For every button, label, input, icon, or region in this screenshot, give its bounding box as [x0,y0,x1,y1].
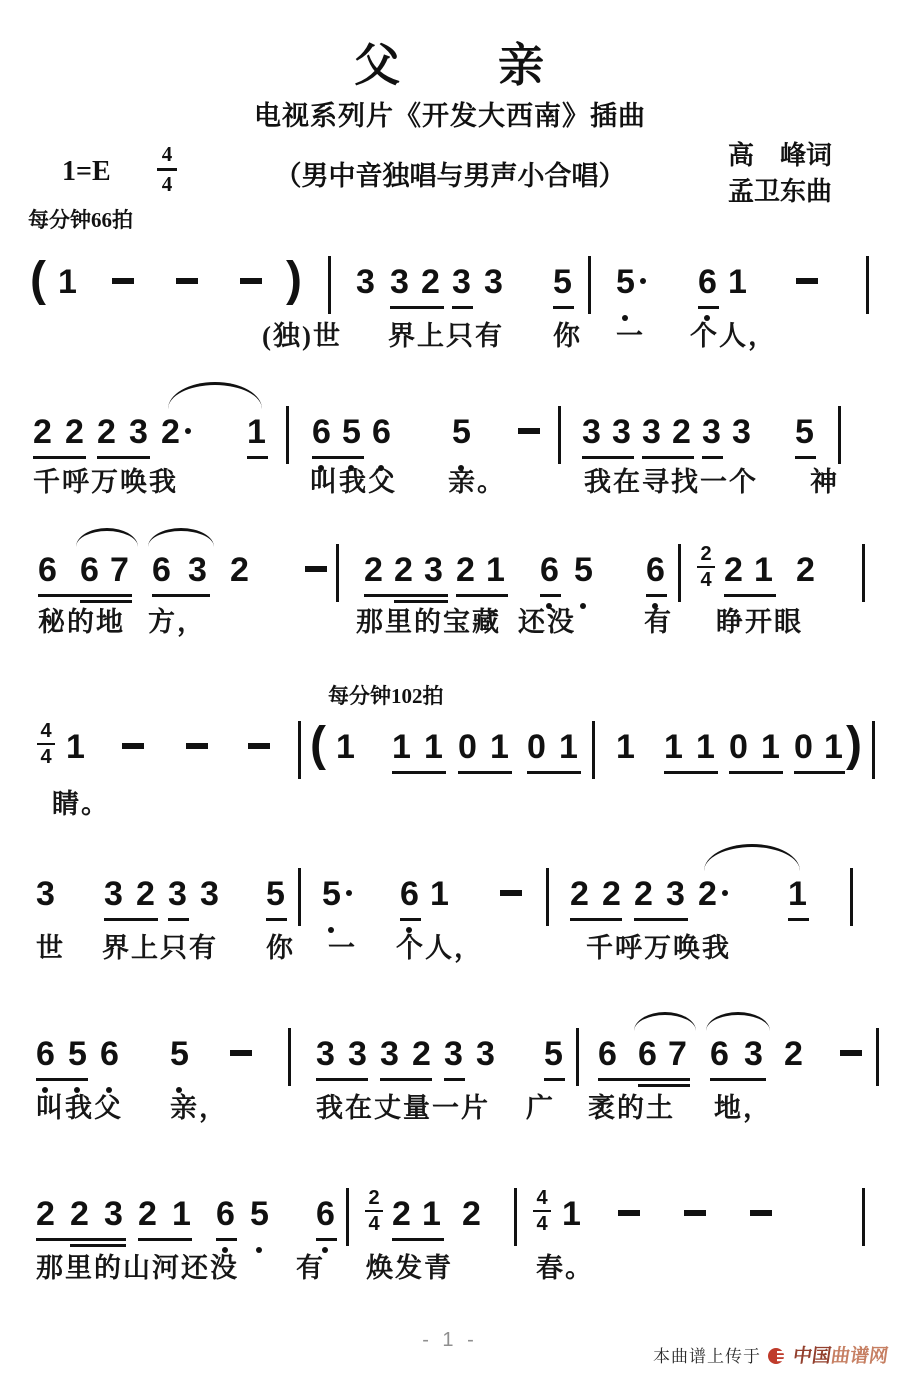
beam-underline [553,306,574,309]
lyric-text: 一 [328,932,357,964]
slur-arc [148,528,214,547]
barline [838,406,841,464]
note: 3 [484,262,503,302]
note: 5 [452,412,471,452]
beam-underline [570,918,622,921]
note: 1 [824,727,843,767]
dotted-note-dot [185,428,191,434]
beam-underline [638,1084,690,1087]
note: 5 [250,1194,269,1234]
note: 6 [710,1034,729,1074]
note: 2 [394,550,413,590]
note: 6 [372,412,391,452]
lyric-text: 方， [148,606,206,638]
note: 2 [392,1194,411,1234]
lyric-text: (独)世 [262,320,342,352]
lyric-text: 有 [644,606,673,638]
note: 1 [664,727,683,767]
note: 2 [230,550,249,590]
barline [546,868,549,926]
beam-underline [788,918,809,921]
parenthesis: ( [30,252,46,308]
credits: 高 峰词 孟卫东曲 [728,138,832,210]
barline [866,256,869,314]
beam-underline [458,771,512,774]
note: 3 [390,262,409,302]
barline [346,1188,349,1246]
lyric-text: 那里的宝藏 [356,606,501,638]
lyric-text: 睛。 [52,788,110,820]
upload-note: 本曲谱上传于 [653,1348,761,1365]
note: 6 [400,874,419,914]
beam-underline [70,1244,126,1247]
note: 3 [444,1034,463,1074]
note: 3 [476,1034,495,1074]
lyric-text: 袤的土 [588,1092,675,1124]
upload-attribution: 本曲谱上传于 中国曲谱网 [653,1346,888,1366]
beam-underline [36,1238,126,1241]
note: 3 [642,412,661,452]
beam-underline [710,1078,766,1081]
beam-underline [394,600,448,603]
note: 2 [724,550,743,590]
slur-arc [76,528,138,547]
barline [558,406,561,464]
lyric-text: 千呼万唤我 [586,932,731,964]
low-octave-dot [580,603,586,609]
note: 5 [574,550,593,590]
barline [850,868,853,926]
lyric-text: 世 [36,932,65,964]
note: 3 [168,874,187,914]
duration-dash [186,743,208,749]
song-subtitle: 电视系列片《开发大西南》插曲 [0,100,900,132]
note: 2 [364,550,383,590]
ts-fraction-bar [37,743,55,745]
note: 3 [348,1034,367,1074]
note: 3 [452,262,471,302]
duration-dash [122,743,144,749]
lyric-text: 神 [810,466,839,498]
barline [876,1028,879,1086]
time-signature: 24 [360,1188,388,1234]
slur-arc [634,1012,696,1031]
note: 2 [634,874,653,914]
slur-arc [706,1012,770,1031]
note: 1 [616,727,635,767]
lyric-text: 广 [526,1092,555,1124]
beam-underline [400,918,421,921]
note: 1 [754,550,773,590]
beam-underline [598,1078,690,1081]
beam-underline [724,594,776,597]
parenthesis: ( [310,717,326,773]
lyric-text: 秘的地 [38,606,125,638]
note: 6 [638,1034,657,1074]
beam-underline [247,456,268,459]
beam-underline [364,594,448,597]
note: 3 [702,412,721,452]
lyric-text: 你 [553,320,582,352]
note: 2 [672,412,691,452]
beam-underline [168,918,189,921]
beam-underline [38,594,132,597]
note: 3 [200,874,219,914]
beam-underline [452,306,473,309]
ts-denominator: 4 [32,747,60,767]
beam-underline [392,771,446,774]
lyric-text: 那里的山河还没 [36,1252,239,1284]
note: 6 [540,550,559,590]
beam-underline [80,600,132,603]
duration-dash [240,278,262,284]
note: 2 [138,1194,157,1234]
duration-dash [840,1050,862,1056]
barline [678,544,681,602]
song-title: 父 亲 [0,38,900,93]
note: 2 [33,412,52,452]
barline [862,1188,865,1246]
note: 6 [698,262,717,302]
slur-arc [704,844,800,871]
note: 1 [486,550,505,590]
beam-underline [104,918,158,921]
note: 6 [152,550,171,590]
note: 2 [456,550,475,590]
ts-numerator: 4 [32,721,60,741]
ts-numerator: 4 [528,1188,556,1208]
note: 3 [732,412,751,452]
note: 2 [421,262,440,302]
ts-denominator: 4 [528,1214,556,1234]
lyric-text: 有 [296,1252,325,1284]
note: 1 [336,727,355,767]
beam-underline [33,456,86,459]
barline [288,1028,291,1086]
duration-dash [176,278,198,284]
note: 6 [216,1194,235,1234]
beam-underline [634,918,688,921]
duration-dash [112,278,134,284]
beam-underline [794,771,845,774]
note: 1 [392,727,411,767]
note: 3 [316,1034,335,1074]
note: 0 [527,727,546,767]
beam-underline [456,594,508,597]
note: 5 [616,262,635,302]
note: 1 [559,727,578,767]
beam-underline [582,456,634,459]
lyric-text: 一 [616,320,645,352]
beam-underline [97,456,150,459]
beam-underline [540,594,561,597]
lyric-text: 我在丈量一片 [316,1092,490,1124]
note: 2 [65,412,84,452]
note: 2 [462,1194,481,1234]
note: 1 [728,262,747,302]
note: 1 [562,1194,581,1234]
composer-credit: 孟卫东曲 [728,174,832,210]
note: 5 [553,262,572,302]
note: 3 [612,412,631,452]
note: 6 [36,1034,55,1074]
note: 1 [424,727,443,767]
lyric-text: 还没 [518,606,576,638]
tempo-marking: 每分钟66拍 [28,208,133,233]
beam-underline [702,456,723,459]
note: 3 [104,1194,123,1234]
note: 5 [795,412,814,452]
beam-underline [664,771,718,774]
note: 3 [424,550,443,590]
beam-underline [316,1078,368,1081]
duration-dash [618,1210,640,1216]
barline [514,1188,517,1246]
note: 6 [316,1194,335,1234]
time-signature: 24 [692,544,720,590]
note: 2 [796,550,815,590]
beam-underline [527,771,581,774]
duration-dash [518,428,540,434]
note: 1 [430,874,449,914]
lyric-text: 亲。 [448,466,506,498]
lyric-text: 睁开眼 [716,606,803,638]
ts-fraction-bar [533,1210,551,1212]
note: 1 [696,727,715,767]
note: 6 [312,412,331,452]
parenthesis: ) [846,717,862,773]
note: 2 [602,874,621,914]
ts-denominator: 4 [360,1214,388,1234]
barline [328,256,331,314]
lyric-text: 地， [714,1092,772,1124]
note: 5 [266,874,285,914]
beam-underline [729,771,783,774]
note: 0 [794,727,813,767]
duration-dash [500,890,522,896]
note: 6 [598,1034,617,1074]
sheet-music-page: 父 亲 电视系列片《开发大西南》插曲 1=E 4 4 （男中音独唱与男声小合唱）… [0,0,900,1381]
note: 5 [342,412,361,452]
note: 2 [136,874,155,914]
lyric-text: 界上只有 [388,320,504,352]
site-logo-icon [767,1346,787,1366]
duration-dash [230,1050,252,1056]
duration-dash [305,566,327,572]
lyric-text: 叫我父 [36,1092,123,1124]
lyric-text: 个人， [396,932,483,964]
lyric-text: 你 [266,932,295,964]
ts-denominator: 4 [692,570,720,590]
dotted-note-dot [346,890,352,896]
lyric-text: 千呼万唤我 [33,466,178,498]
beam-underline [380,1078,432,1081]
lyric-text: 焕发青 [366,1252,453,1284]
note: 5 [322,874,341,914]
note: 5 [170,1034,189,1074]
note: 1 [66,727,85,767]
beam-underline [642,456,694,459]
note: 2 [70,1194,89,1234]
lyric-text: 界上只有 [102,932,218,964]
note: 3 [380,1034,399,1074]
note: 5 [544,1034,563,1074]
note: 1 [422,1194,441,1234]
duration-dash [750,1210,772,1216]
note: 7 [668,1034,687,1074]
note: 3 [129,412,148,452]
ts-fraction-bar [697,566,715,568]
note: 3 [188,550,207,590]
note: 0 [458,727,477,767]
time-signature: 44 [32,721,60,767]
lyric-text: 叫我父 [310,466,397,498]
low-octave-dot [256,1247,262,1253]
beam-underline [646,594,667,597]
note: 1 [58,262,77,302]
beam-underline [36,1078,88,1081]
note: 3 [582,412,601,452]
note: 2 [784,1034,803,1074]
barline [588,256,591,314]
site-name-bold: 中国 [791,1346,832,1367]
note: 2 [570,874,589,914]
dotted-note-dot [640,278,646,284]
barline [286,406,289,464]
time-signature: 44 [528,1188,556,1234]
note: 3 [744,1034,763,1074]
note: 6 [38,550,57,590]
beam-underline [544,1078,565,1081]
barline [872,721,875,779]
ts-numerator: 2 [360,1188,388,1208]
beam-underline [698,306,719,309]
note: 2 [36,1194,55,1234]
parenthesis: ) [286,252,302,308]
ts-numerator: 2 [692,544,720,564]
beam-underline [316,1238,337,1241]
note: 2 [412,1034,431,1074]
tempo-marking: 每分钟102拍 [328,684,444,709]
lyric-text: 亲， [170,1092,228,1124]
note: 3 [36,874,55,914]
note: 1 [490,727,509,767]
lyric-text: 个人， [690,320,777,352]
note: 3 [356,262,375,302]
barline [298,868,301,926]
beam-underline [312,456,364,459]
note: 1 [172,1194,191,1234]
lyricist-credit: 高 峰词 [728,138,832,174]
beam-underline [138,1238,192,1241]
note: 3 [666,874,685,914]
beam-underline [152,594,210,597]
note: 0 [729,727,748,767]
barline [862,544,865,602]
note: 2 [698,874,717,914]
slur-arc [168,382,262,409]
note: 6 [80,550,99,590]
barline [298,721,301,779]
beam-underline [216,1238,237,1241]
note: 1 [761,727,780,767]
note: 3 [104,874,123,914]
beam-underline [390,306,444,309]
site-name-light: 曲谱网 [830,1346,890,1367]
beam-underline [444,1078,465,1081]
barline [576,1028,579,1086]
note: 1 [788,874,807,914]
note: 6 [100,1034,119,1074]
note: 5 [68,1034,87,1074]
beam-underline [795,456,816,459]
duration-dash [248,743,270,749]
dotted-note-dot [722,890,728,896]
note: 2 [97,412,116,452]
duration-dash [684,1210,706,1216]
note: 2 [161,412,180,452]
note: 6 [646,550,665,590]
ts-fraction-bar [365,1210,383,1212]
barline [592,721,595,779]
beam-underline [392,1238,444,1241]
duration-dash [796,278,818,284]
lyric-text: 春。 [536,1252,594,1284]
note: 1 [247,412,266,452]
barline [336,544,339,602]
note: 7 [110,550,129,590]
beam-underline [266,918,287,921]
lyric-text: 我在寻找一个 [584,466,758,498]
